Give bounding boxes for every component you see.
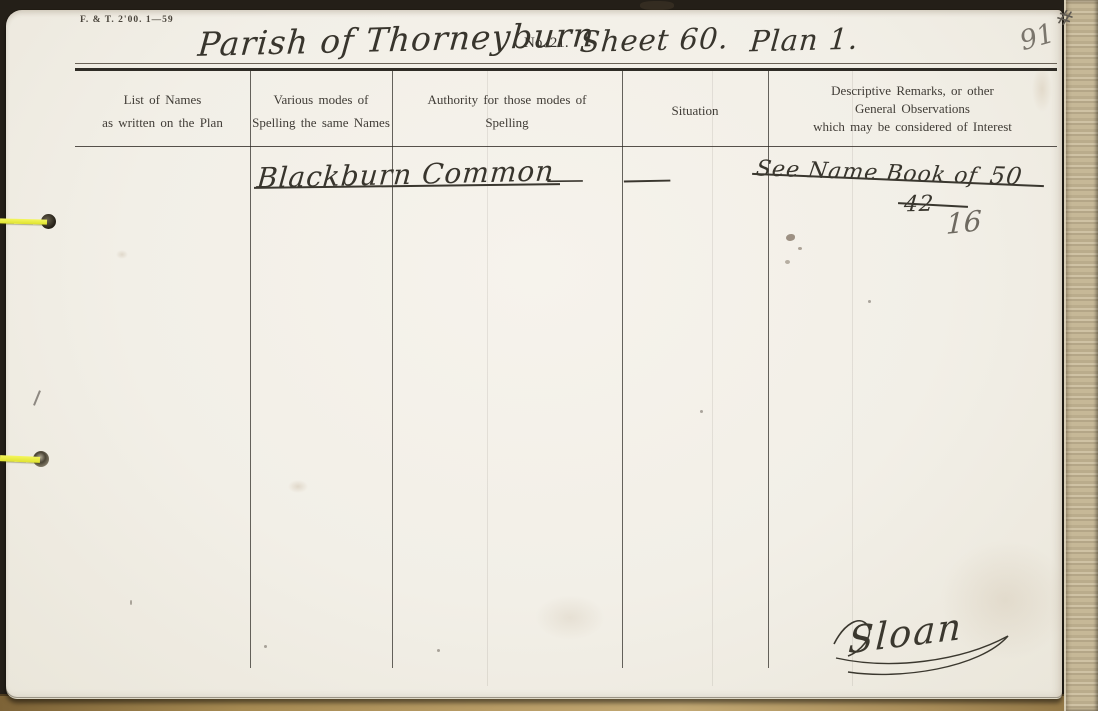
entry-situation-ditto-dash: — (620, 161, 673, 197)
paper-crease (712, 71, 713, 686)
header-line: Authority for those modes of (392, 88, 622, 111)
dust-speck (130, 600, 132, 605)
dust-speck (700, 410, 703, 413)
dust-speck (868, 300, 871, 303)
header-line: General Observations (768, 100, 1057, 118)
table-top-rule-thick (75, 68, 1057, 71)
column-divider (250, 71, 251, 668)
paper-stain (535, 595, 605, 640)
column-header-names: List of Names as written on the Plan (75, 88, 250, 134)
scanned-document-photo: F. & T. 2'00. 1—59 Parish of Thorneyburn… (0, 0, 1098, 711)
header-line: Spelling the same Names (250, 111, 392, 134)
header-line: List of Names (75, 88, 250, 111)
paper-stain (288, 480, 308, 493)
dust-speck (437, 649, 440, 652)
plan-handwritten: Plan 1. (749, 22, 860, 59)
header-bottom-rule (75, 146, 1057, 147)
signature-flourish (830, 606, 1040, 686)
dust-speck (264, 645, 267, 648)
header-line: Situation (622, 99, 768, 122)
header-line: as written on the Plan (75, 111, 250, 134)
sheet-number-printed: No. 21. (524, 35, 569, 52)
remarks-number-struck: 50 (988, 162, 1024, 191)
entry-authority-ditto-dash: — (545, 165, 585, 195)
column-header-authority: Authority for those modes of Spelling (392, 88, 622, 134)
header-line: Spelling (392, 111, 622, 134)
header-line: which may be considered of Interest (768, 118, 1057, 136)
column-divider (622, 71, 623, 668)
ink-stain (785, 260, 790, 264)
column-header-spelling-modes: Various modes of Spelling the same Names (250, 88, 392, 134)
remarks-number-pencil: 16 (946, 204, 983, 241)
header-line: Various modes of (250, 88, 392, 111)
column-header-remarks: Descriptive Remarks, or other General Ob… (768, 82, 1057, 136)
column-header-situation: Situation (622, 99, 768, 122)
ink-stain (798, 247, 802, 250)
surveyor-signature: Sloan (830, 606, 1040, 686)
header-line: Descriptive Remarks, or other (768, 82, 1057, 100)
form-code: F. & T. 2'00. 1—59 (80, 15, 174, 25)
paper-stain (116, 250, 128, 259)
paper-stain (640, 1, 674, 10)
sheet-handwritten: Sheet 60. (579, 21, 731, 59)
